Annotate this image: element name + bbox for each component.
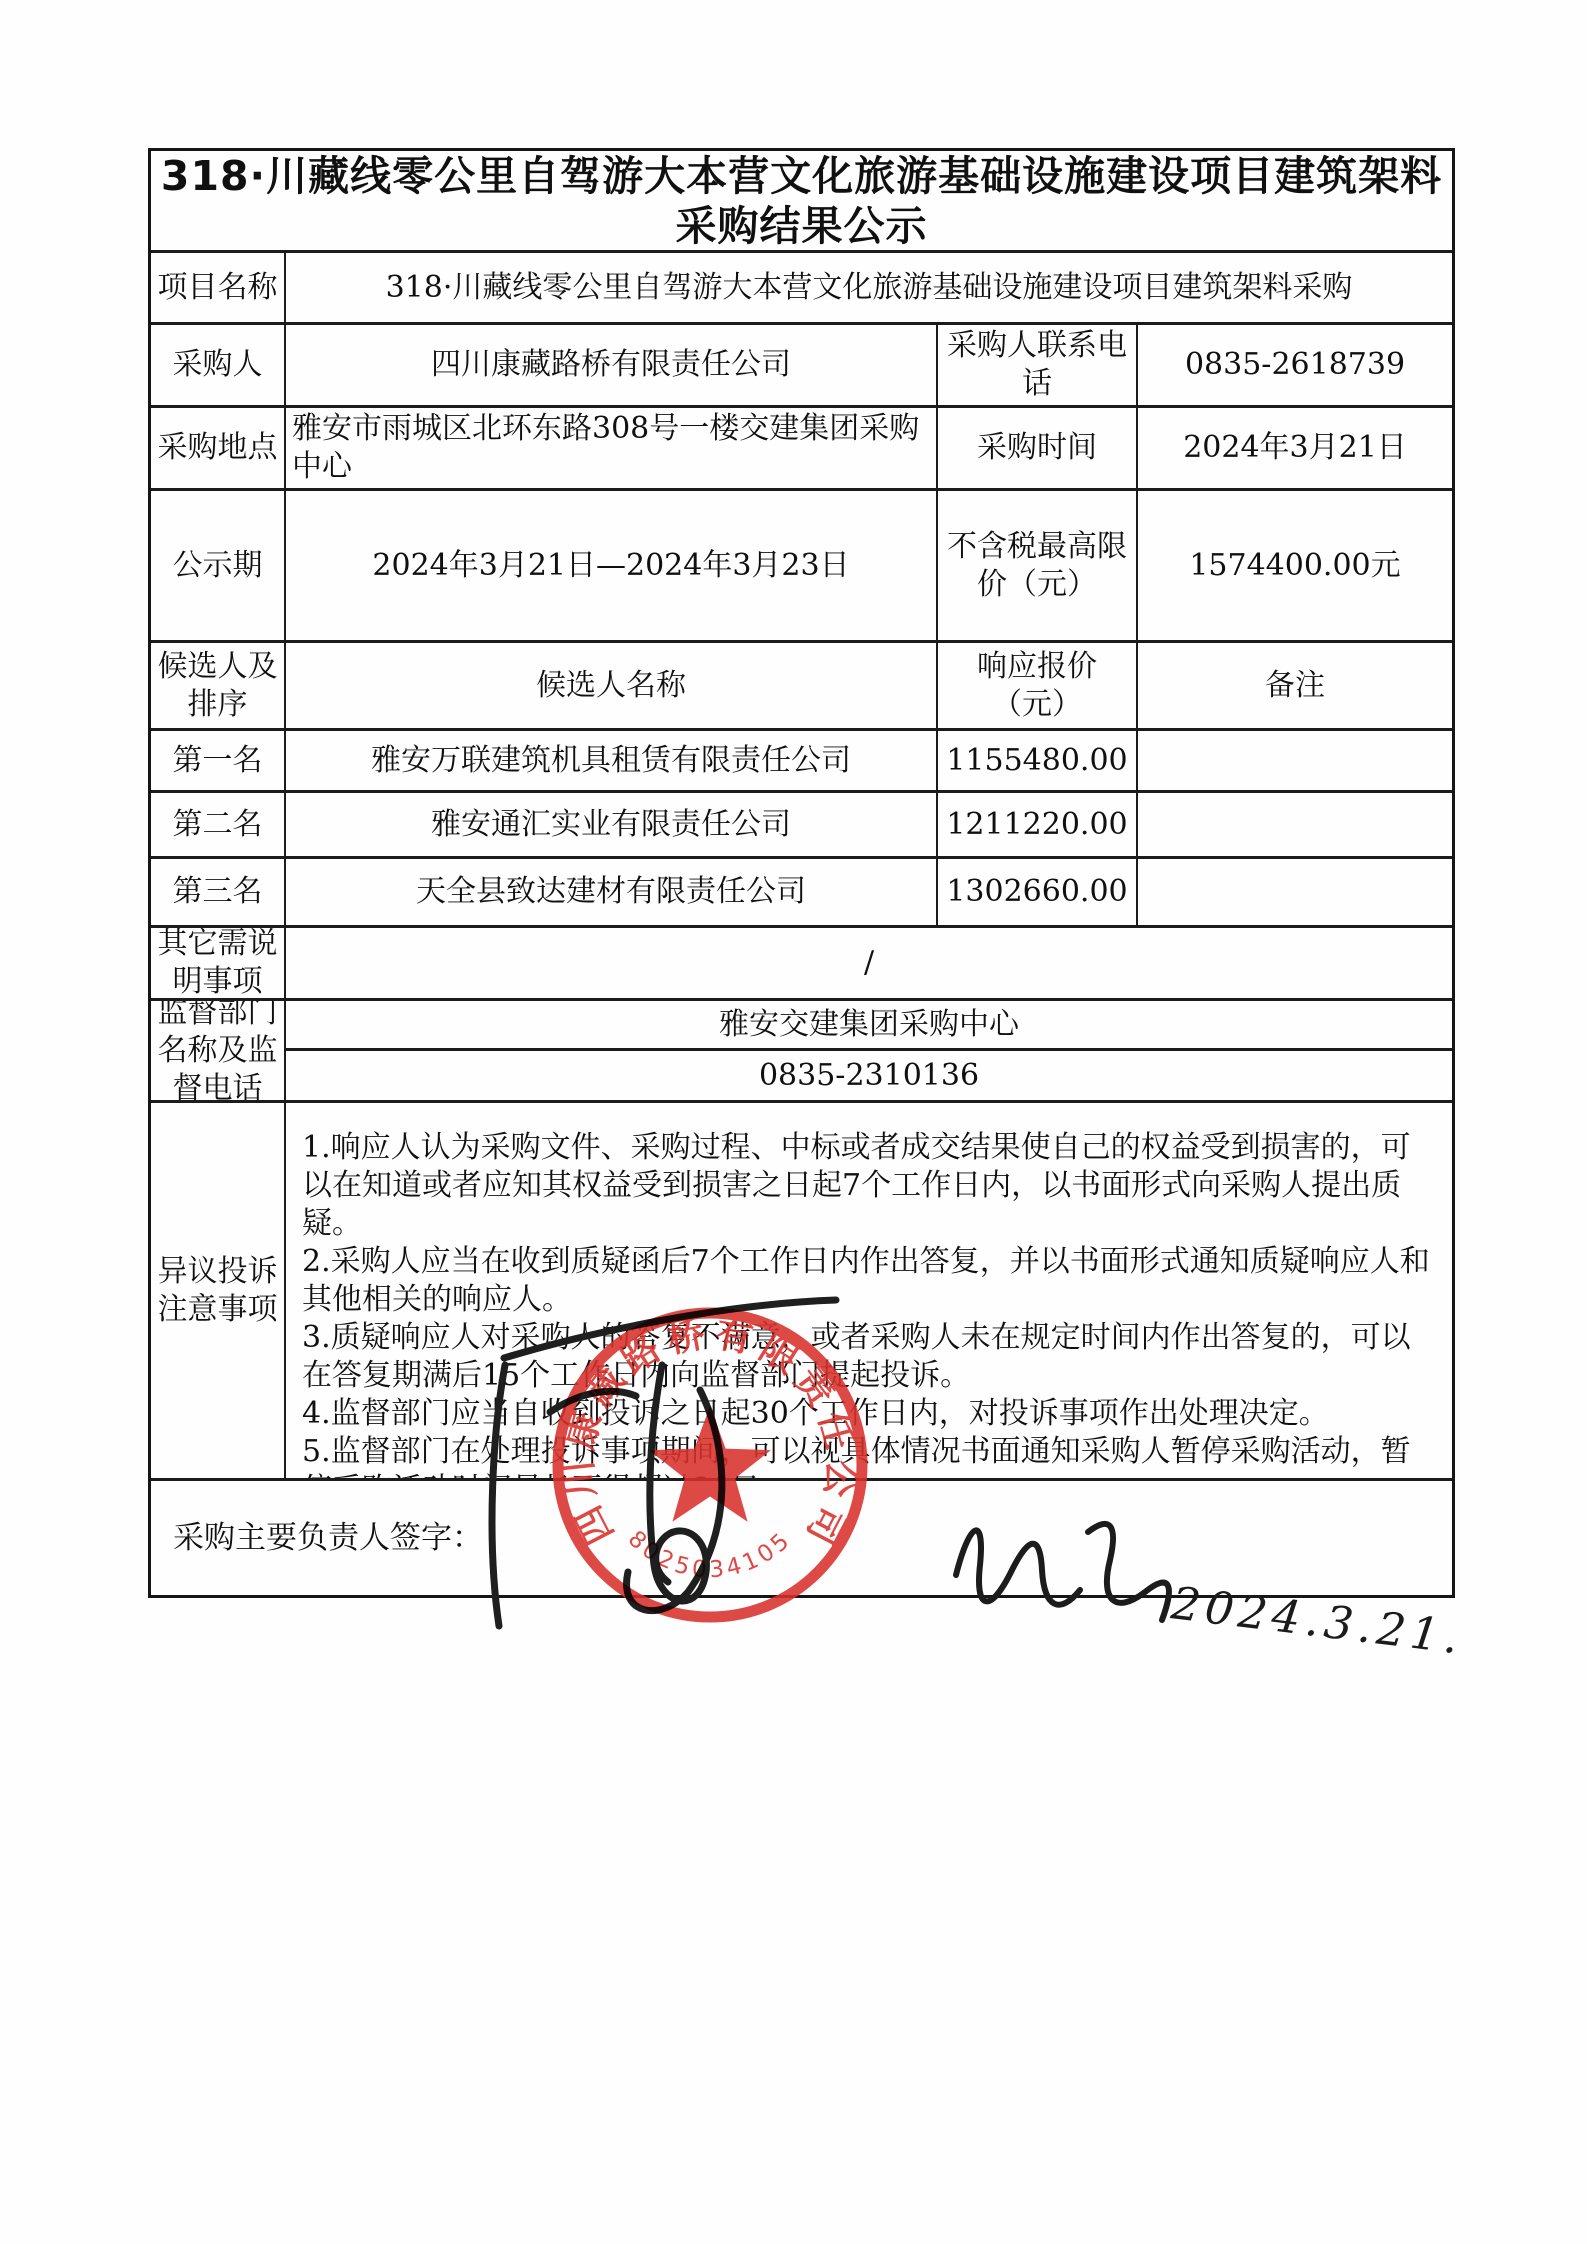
location-value: 雅安市雨城区北环东路308号一楼交建集团采购中心 (286, 408, 938, 491)
company-seal-stamp: 四川康藏路桥有限责任公司 8025034105 (557, 1312, 863, 1617)
candidate-price: 1302660.00 (938, 859, 1138, 928)
signature-date: 2024.3.21. (1168, 1576, 1467, 1664)
purchaser-contact-phone: 0835-2618739 (1138, 325, 1452, 408)
approval-signature-stroke (492, 1365, 505, 1626)
candidate-name: 雅安通汇实业有限责任公司 (286, 793, 938, 859)
other-notes-value: / (286, 928, 1452, 1001)
candidate-name: 雅安万联建筑机具租赁有限责任公司 (286, 731, 938, 793)
location-label: 采购地点 (151, 408, 286, 491)
responsible-signature-stroke (956, 1530, 1080, 1604)
stamp-and-signatures-overlay: 四川康藏路桥有限责任公司 8025034105 2024.3.21. (400, 1270, 1550, 1670)
candidates-remark-header: 备注 (1138, 643, 1452, 731)
candidate-rank: 第一名 (151, 731, 286, 793)
candidate-name: 天全县致达建材有限责任公司 (286, 859, 938, 928)
candidates-name-header: 候选人名称 (286, 643, 938, 731)
purchaser-label: 采购人 (151, 325, 286, 408)
objection-item: 1.响应人认为采购文件、采购过程、中标或者成交结果使自己的权益受到损害的，可以在… (302, 1129, 1438, 1243)
document-title-line2: 采购结果公示 (676, 201, 928, 251)
candidate-rank: 第二名 (151, 793, 286, 859)
objection-label: 异议投诉 注意事项 (151, 1103, 286, 1481)
purchase-time-value: 2024年3月21日 (1138, 408, 1452, 491)
candidate-price: 1211220.00 (938, 793, 1138, 859)
other-notes-label: 其它需说 明事项 (151, 928, 286, 1001)
candidate-remark (1138, 731, 1452, 793)
project-name-label: 项目名称 (151, 253, 286, 325)
candidate-remark (1138, 793, 1452, 859)
candidate-remark (1138, 859, 1452, 928)
candidate-rank: 第三名 (151, 859, 286, 928)
responsible-signature (956, 1524, 1169, 1620)
purchaser-value: 四川康藏路桥有限责任公司 (286, 325, 938, 408)
supervisor-label: 监督部门 名称及监 督电话 (151, 1001, 286, 1103)
max-price-label: 不含税最高限 价（元） (938, 491, 1138, 643)
max-price-value: 1574400.00元 (1138, 491, 1452, 643)
responsible-signature-stroke (1088, 1524, 1169, 1620)
project-name-value: 318·川藏线零公里自驾游大本营文化旅游基础设施建设项目建筑架料采购 (286, 253, 1452, 325)
supervisor-phone: 0835-2310136 (286, 1051, 1452, 1103)
supervisor-name: 雅安交建集团采购中心 (286, 1001, 1452, 1051)
publicity-period-value: 2024年3月21日—2024年3月23日 (286, 491, 938, 643)
candidates-price-header: 响应报价 （元） (938, 643, 1138, 731)
publicity-period-label: 公示期 (151, 491, 286, 643)
purchaser-contact-label: 采购人联系电 话 (938, 325, 1138, 408)
candidate-price: 1155480.00 (938, 731, 1138, 793)
scanned-document-page: 318·川藏线零公里自驾游大本营文化旅游基础设施建设项目建筑架料 采购结果公示 … (0, 0, 1587, 2244)
candidates-rank-header: 候选人及 排序 (151, 643, 286, 731)
document-title-line1: 318·川藏线零公里自驾游大本营文化旅游基础设施建设项目建筑架料 (161, 151, 1442, 201)
purchase-time-label: 采购时间 (938, 408, 1138, 491)
document-title: 318·川藏线零公里自驾游大本营文化旅游基础设施建设项目建筑架料 采购结果公示 (151, 151, 1452, 253)
